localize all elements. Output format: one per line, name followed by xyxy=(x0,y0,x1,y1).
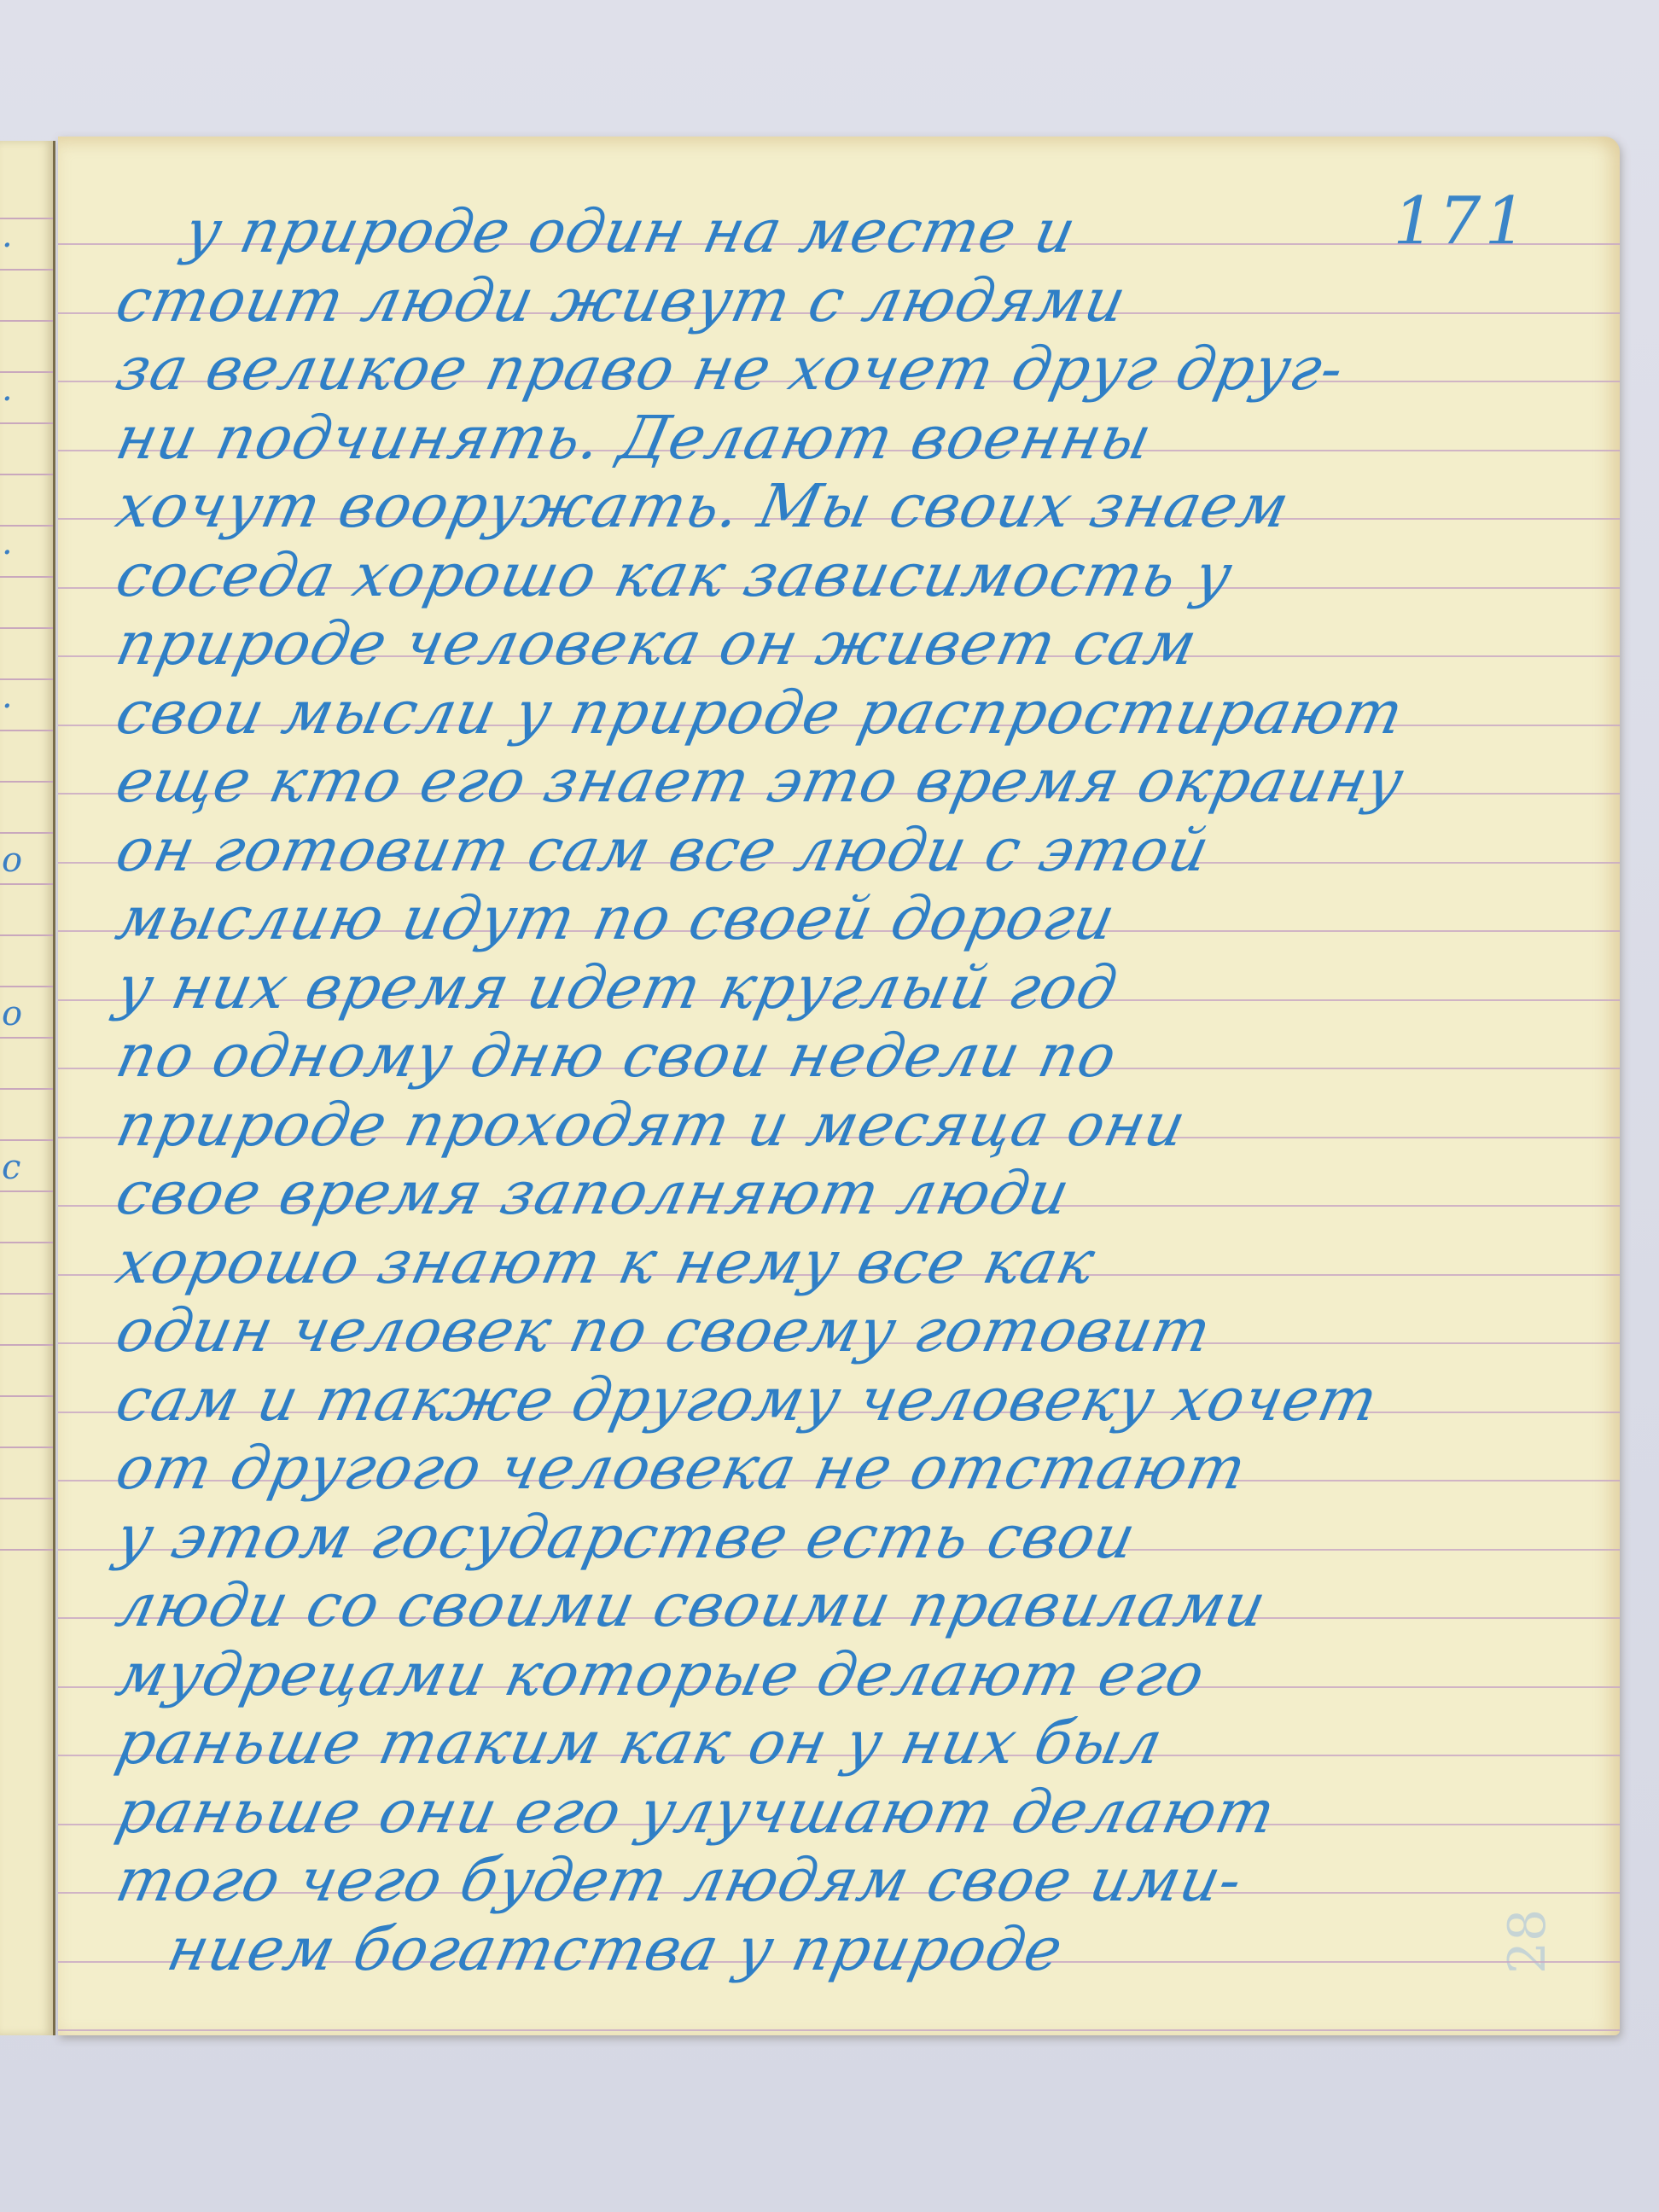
ruled-line xyxy=(0,934,53,936)
previous-page-ink-mark: · xyxy=(2,687,13,726)
ruled-line xyxy=(0,730,53,731)
ruled-line xyxy=(0,1242,53,1243)
ruled-line xyxy=(0,269,53,271)
ruled-line xyxy=(0,781,53,783)
ruled-line xyxy=(0,422,53,424)
previous-page-ink-mark: · xyxy=(2,533,13,573)
ruled-line xyxy=(0,986,53,987)
ruled-line xyxy=(0,320,53,322)
ruled-line xyxy=(0,1395,53,1397)
ruled-line xyxy=(0,525,53,527)
ruled-line xyxy=(0,1344,53,1346)
handwritten-line: свои мысли у природе распростирают xyxy=(110,678,1410,748)
handwritten-line: ни подчинять. Делают военны xyxy=(110,403,1158,473)
ruled-line xyxy=(0,1549,53,1551)
bleed-through-mark: 28 xyxy=(1498,1909,1557,1974)
handwritten-line: мудрецами которые делают его xyxy=(110,1639,1211,1709)
ruled-line xyxy=(0,1088,53,1090)
handwritten-line: того чего будет людям свое ими- xyxy=(110,1845,1249,1915)
previous-page-ink-mark: о xyxy=(2,841,22,880)
ruled-line xyxy=(0,1037,53,1039)
handwritten-line: за великое право не хочет друг друг- xyxy=(110,334,1350,404)
handwritten-line: хорошо знают к нему все как xyxy=(110,1227,1101,1297)
ruled-line xyxy=(0,627,53,629)
previous-page-ink-mark: о xyxy=(2,994,22,1033)
ruled-line xyxy=(0,678,53,680)
handwritten-line: природе человека он живет сам xyxy=(110,608,1203,678)
page-number: 171 xyxy=(1393,183,1530,260)
handwritten-line: раньше они его улучшают делают xyxy=(110,1777,1282,1847)
handwritten-line: стоит люди живут с людями xyxy=(110,265,1132,335)
handwritten-line: еще кто его знает это время окраину xyxy=(110,746,1410,816)
handwritten-line: от другого человека не отстают xyxy=(110,1433,1253,1503)
ruled-line xyxy=(0,474,53,475)
previous-page-ink-mark: с xyxy=(2,1148,20,1187)
handwritten-line: у этом государстве есть свои xyxy=(110,1502,1142,1572)
handwritten-line: нием богатства у природе xyxy=(161,1914,1069,1984)
handwritten-line: соседа хорошо как зависимость у xyxy=(110,540,1238,610)
ruled-line xyxy=(58,2029,1620,2031)
ruled-line xyxy=(0,883,53,885)
handwritten-line: свое время заполняют люди xyxy=(110,1158,1076,1228)
previous-page-edge: ····оос xyxy=(0,141,55,2035)
ruled-line xyxy=(0,832,53,834)
handwritten-line: один человек по своему готовит xyxy=(110,1295,1217,1365)
ruled-line xyxy=(0,1190,53,1192)
handwritten-line: природе проходят и месяца они xyxy=(110,1090,1192,1160)
handwritten-line: раньше таким как он у них был xyxy=(110,1708,1169,1778)
ruled-line xyxy=(0,576,53,578)
notebook-page: 171 28 у природе один на месте истоит лю… xyxy=(58,137,1620,2035)
ruled-line xyxy=(0,371,53,373)
ruled-line xyxy=(0,1293,53,1295)
ruled-line xyxy=(0,1447,53,1448)
handwritten-line: люди со своими своими правилами xyxy=(110,1570,1272,1640)
ruled-line xyxy=(0,1139,53,1141)
ruled-line xyxy=(0,218,53,219)
previous-page-ink-mark: · xyxy=(2,226,13,265)
ruled-line xyxy=(0,1498,53,1499)
handwritten-line: у них время идет круглый год xyxy=(110,952,1124,1022)
handwritten-line: сам и также другому человеку хочет xyxy=(110,1365,1384,1435)
handwritten-line: мыслию идут по своей дороги xyxy=(110,883,1121,953)
handwritten-line: у природе один на месте и xyxy=(178,196,1082,266)
handwritten-line: хочут вооружать. Мы своих знаем xyxy=(110,471,1295,541)
handwritten-line: он готовит сам все люди с этой xyxy=(110,815,1215,885)
handwritten-line: по одному дню свои недели по xyxy=(110,1021,1123,1091)
previous-page-ink-mark: · xyxy=(2,380,13,419)
